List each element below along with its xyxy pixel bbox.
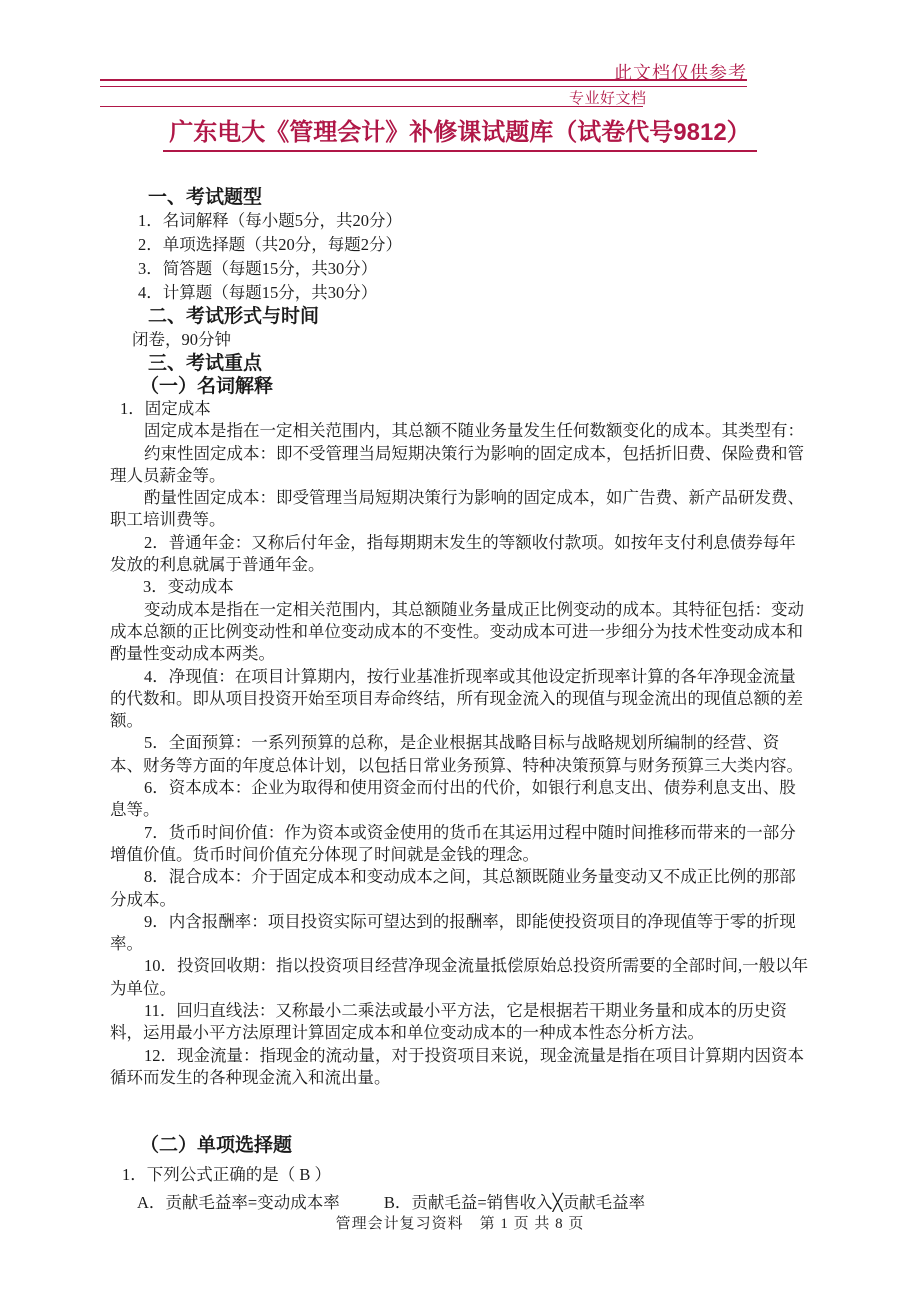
term-block-12: 8．混合成本：介于固定成本和变动成本之间，其总额既随业务量变动又不成正比例的那部… — [110, 866, 812, 911]
term-block-13: 9．内含报酬率：项目投资实际可望达到的报酬率，即能使投资项目的净现值等于零的折现… — [110, 911, 812, 956]
header-rule-middle — [100, 86, 747, 87]
subsection-heading-terms: （一）名词解释 — [110, 375, 812, 398]
term-block-5: 2．普通年金：又称后付年金，指每期期末发生的等额收付款项。如按年支付利息债券每年… — [110, 532, 812, 577]
term-block-2: 固定成本是指在一定相关范围内，其总额不随业务量发生任何数额变化的成本。其类型有： — [110, 420, 812, 442]
page-title: 广东电大《管理会计》补修课试题库（试卷代号9812） — [163, 112, 756, 152]
exam-type-item-4: 4．计算题（每题15分，共30分） — [110, 281, 812, 305]
section-heading-exam-focus: 三、考试重点 — [110, 352, 812, 375]
term-block-4: 酌量性固定成本：即受管理当局短期决策行为影响的固定成本，如广告费、新产品研发费、… — [110, 487, 812, 532]
title-row: 广东电大《管理会计》补修课试题库（试卷代号9812） — [0, 112, 920, 152]
term-block-8: 4．净现值：在项目计算期内，按行业基准折现率或其他设定折现率计算的各年净现金流量… — [110, 666, 812, 733]
term-block-14: 10．投资回收期：指以投资项目经营净现金流量抵偿原始总投资所需要的全部时间,一般… — [110, 955, 812, 1000]
term-block-1: 1．固定成本 — [110, 398, 812, 420]
term-block-11: 7．货币时间价值：作为资本或资金使用的货币在其运用过程中随时间推移而带来的一部分… — [110, 822, 812, 867]
header-rule-bottom — [100, 106, 643, 107]
subsection-heading-choice: （二）单项选择题 — [110, 1134, 812, 1157]
section-heading-exam-types: 一、考试题型 — [110, 186, 812, 209]
document-content: 一、考试题型 1．名词解释（每小题5分，共20分） 2．单项选择题（共20分，每… — [110, 186, 812, 1215]
choice-option-b: B．贡献毛益=销售收入╳贡献毛益率 — [384, 1193, 645, 1212]
choice-question: 1．下列公式正确的是（ B ） — [110, 1163, 812, 1187]
term-block-10: 6．资本成本：企业为取得和使用资金而付出的代价，如银行利息支出、债券利息支出、股… — [110, 777, 812, 822]
exam-type-item-1: 1．名词解释（每小题5分，共20分） — [110, 209, 812, 233]
term-block-9: 5．全面预算：一系列预算的总称，是企业根据其战略目标与战略规划所编制的经营、资本… — [110, 732, 812, 777]
exam-type-item-2: 2．单项选择题（共20分，每题2分） — [110, 233, 812, 257]
term-block-15: 11．回归直线法：又称最小二乘法或最小平方法，它是根据若干期业务量和成本的历史资… — [110, 1000, 812, 1045]
section-heading-exam-format: 二、考试形式与时间 — [110, 305, 812, 328]
term-block-16: 12．现金流量：指现金的流动量，对于投资项目来说，现金流量是指在项目计算期内因资… — [110, 1045, 812, 1090]
document-page: 此文档仅供参考 专业好文档 广东电大《管理会计》补修课试题库（试卷代号9812）… — [0, 0, 920, 1302]
page-footer: 管理会计复习资料 第 1 页 共 8 页 — [0, 1212, 920, 1233]
header-rule-top — [100, 79, 747, 81]
header-note-top: 此文档仅供参考 — [614, 59, 747, 85]
exam-type-item-3: 3．简答题（每题15分，共30分） — [110, 257, 812, 281]
header-note-bottom: 专业好文档 — [569, 87, 647, 108]
term-block-7: 变动成本是指在一定相关范围内，其总额随业务量成正比例变动的成本。其特征包括：变动… — [110, 599, 812, 666]
term-block-3: 约束性固定成本：即不受管理当局短期决策行为影响的固定成本，包括折旧费、保险费和管… — [110, 443, 812, 488]
term-block-6: 3．变动成本 — [110, 576, 812, 598]
exam-format-text: 闭卷，90分钟 — [110, 328, 812, 352]
